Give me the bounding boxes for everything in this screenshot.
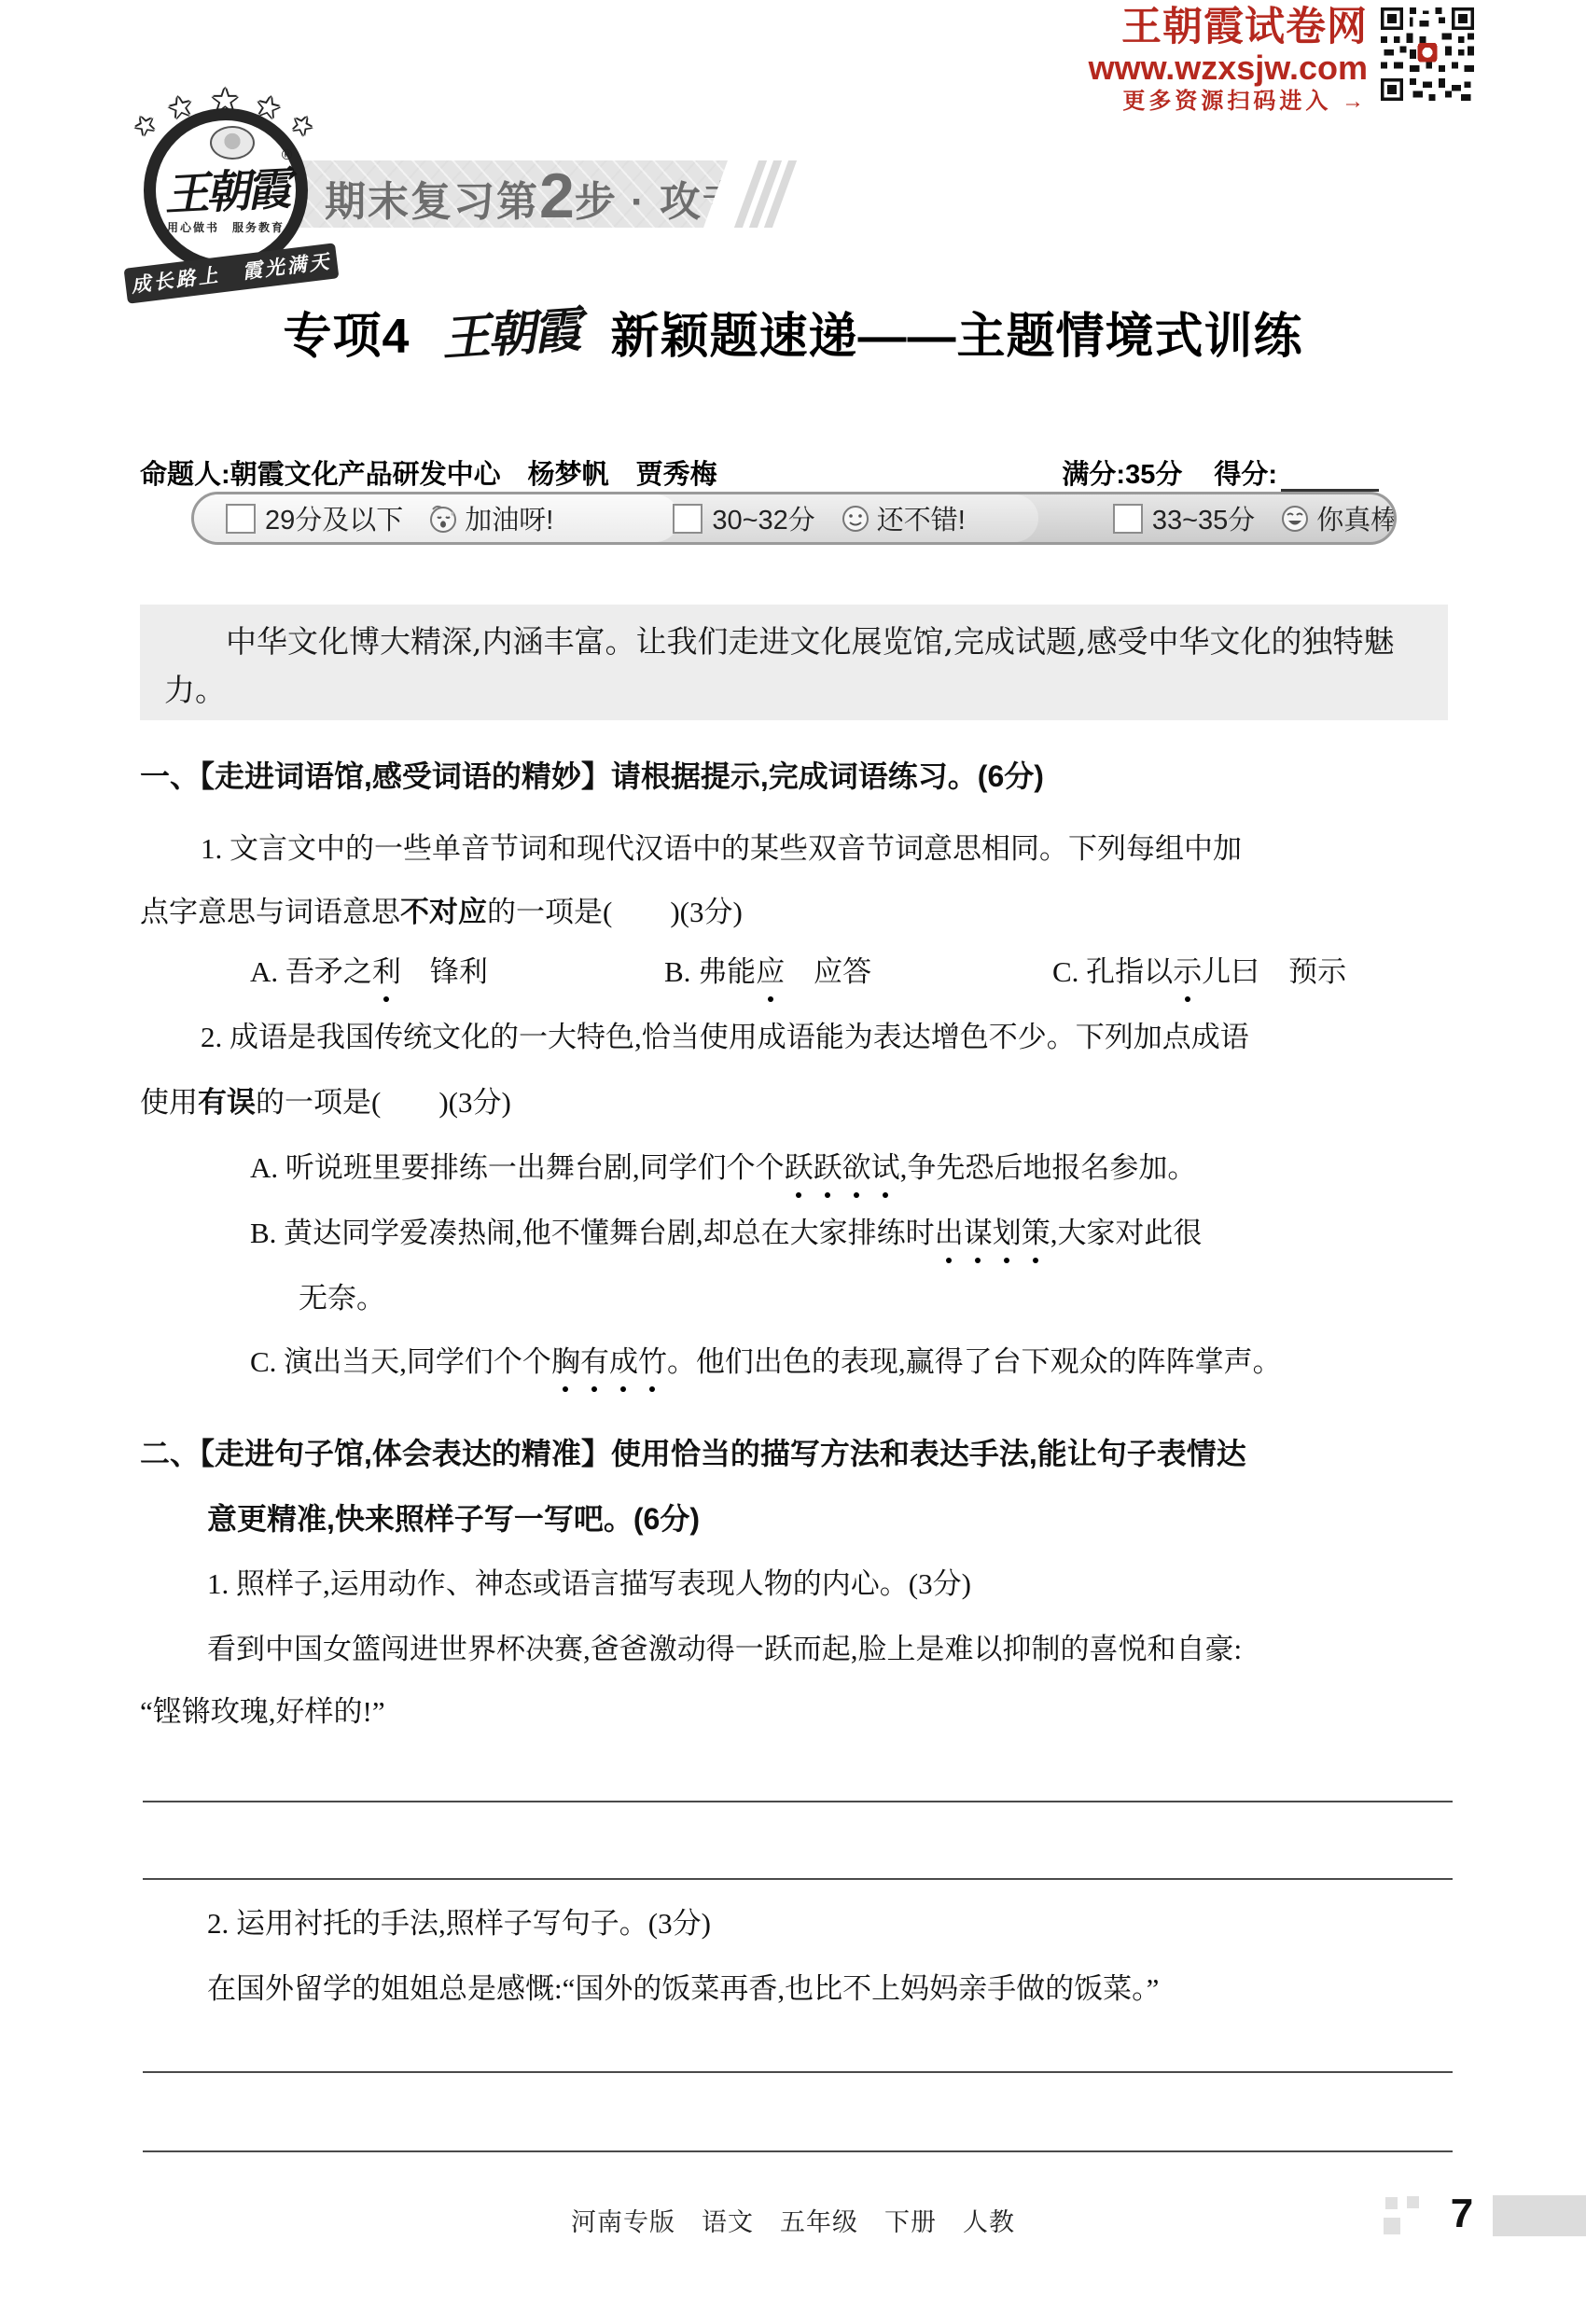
- examiner-line: 命题人:朝霞文化产品研发中心 杨梦帆 贾秀梅: [140, 453, 717, 492]
- chapter-banner: 期末复习第2步 · 攻专项: [291, 160, 728, 228]
- badge-brand-name: 王朝霞: [154, 152, 297, 224]
- answer-line[interactable]: [143, 2071, 1453, 2073]
- q2-option-b-line-1: B. 黄达同学爱凑热闹,他不懂舞台剧,却总在大家排练时出谋划策,大家对此很: [250, 1215, 1202, 1252]
- smile-face-icon: [840, 503, 871, 535]
- badge-subtitle: 用心做书 服务教育: [156, 219, 296, 235]
- section-2-heading-line-1: 二、【走进句子馆,体会表达的精准】使用恰当的描写方法和表达手法,能让句子表情达: [140, 1435, 1246, 1472]
- full-score-label: 满分:35分: [1062, 453, 1182, 492]
- score-range-label: 33~35分: [1152, 499, 1255, 537]
- q2-stem-line-2: 使用有误的一项是( )(3分): [140, 1084, 511, 1121]
- answer-line[interactable]: [143, 2150, 1453, 2152]
- score-range-label: 29分及以下: [265, 499, 403, 537]
- score-tier-low: 29分及以下 加油呀!: [226, 499, 553, 537]
- footer-ornament: [1407, 2196, 1419, 2208]
- answer-line[interactable]: [143, 1878, 1453, 1880]
- score-tier-high: 33~35分 你真棒!: [1113, 499, 1397, 537]
- q2-option-b-line-2: 无奈。: [299, 1280, 385, 1317]
- site-url: www.wzxsjw.com: [1089, 51, 1368, 85]
- score-label: 得分:: [1214, 453, 1277, 492]
- q1-option-a: A. 吾矛之利 锋利: [250, 953, 488, 991]
- star-icon: ★: [129, 108, 161, 143]
- section-1-heading: 一、【走进词语馆,感受词语的精妙】请根据提示,完成词语练习。(6分): [140, 758, 1044, 795]
- footer-ornament: [1385, 2197, 1398, 2209]
- star-icon: ★: [285, 108, 318, 143]
- s2-q2-example: 在国外留学的姐姐总是感慨:“国外的饭菜再香,也比不上妈妈亲手做的饭菜。”: [207, 1970, 1159, 2008]
- q2-option-c: C. 演出当天,同学们个个胸有成竹。他们出色的表现,赢得了台下观众的阵阵掌声。: [250, 1343, 1282, 1381]
- title-brand-script: 王朝霞: [439, 290, 581, 369]
- s2-q1-stem: 1. 照样子,运用动作、神态或语言描写表现人物的内心。(3分): [207, 1566, 971, 1603]
- checkbox-high-tier[interactable]: [1113, 504, 1143, 534]
- qr-code: [1381, 7, 1474, 101]
- site-tagline: 更多资源扫码进入 →: [1089, 90, 1368, 113]
- footer-bar: [1493, 2195, 1586, 2236]
- footer-ornament: [1384, 2218, 1400, 2234]
- s2-q1-example-line-1: 看到中国女篮闯进世界杯决赛,爸爸激动得一跃而起,脸上是难以抑制的喜悦和自豪:: [207, 1631, 1242, 1668]
- score-blank-field[interactable]: [1281, 461, 1379, 492]
- score-comment: 加油呀!: [465, 499, 553, 537]
- q2-stem-line-1: 2. 成语是我国传统文化的一大特色,恰当使用成语能为表达增色不少。下列加点成语: [201, 1019, 1249, 1056]
- sweat-face-icon: [427, 503, 459, 535]
- q1-option-c: C. 孔指以示儿曰 预示: [1052, 953, 1346, 991]
- section-2-heading-line-2: 意更精准,快来照样子写一写吧。(6分): [207, 1500, 700, 1538]
- score-band: 29分及以下 加油呀! 30~32分: [191, 492, 1397, 545]
- score-comment: 你真棒!: [1316, 499, 1397, 537]
- q1-stem-line-2: 点字意思与词语意思不对应的一项是( )(3分): [140, 894, 743, 931]
- badge-circle: 王朝霞 ® 用心做书 服务教育: [144, 108, 308, 272]
- site-brand: 王朝霞试卷网: [1089, 7, 1368, 48]
- laugh-face-icon: [1279, 503, 1311, 535]
- title-main-text: 新颖题速递——主题情境式训练: [610, 297, 1302, 367]
- score-range-label: 30~32分: [712, 499, 814, 537]
- score-comment: 还不错!: [877, 499, 966, 537]
- footer-edition: 河南专版 语文 五年级 下册 人教: [0, 2202, 1586, 2238]
- answer-line[interactable]: [143, 1801, 1453, 1802]
- banner-step-number: 2: [539, 160, 575, 231]
- checkbox-low-tier[interactable]: [226, 504, 256, 534]
- title-unit-label: 专项4: [284, 297, 410, 367]
- score-tier-mid: 30~32分 还不错!: [673, 499, 966, 537]
- brand-badge: ★ ★ ★ ★ ★ 王朝霞 ® 用心做书 服务教育 成长路上 霞光满天: [129, 80, 332, 304]
- q1-stem-line-1: 1. 文言文中的一些单音节词和现代汉语中的某些双音节词意思相同。下列每组中加: [201, 830, 1242, 868]
- page-title: 专项4 王朝霞 新颖题速递——主题情境式训练: [0, 297, 1586, 367]
- q2-option-a: A. 听说班里要排练一出舞台剧,同学们个个跃跃欲试,争先恐后地报名参加。: [250, 1149, 1196, 1187]
- banner-prefix: 期末复习第: [325, 179, 539, 225]
- s2-q2-stem: 2. 运用衬托的手法,照样子写句子。(3分): [207, 1905, 711, 1942]
- checkbox-mid-tier[interactable]: [673, 504, 703, 534]
- s2-q1-example-line-2: “铿锵玫瑰,好样的!”: [140, 1693, 385, 1731]
- q1-option-b: B. 弗能应 应答: [664, 953, 871, 991]
- registered-mark: ®: [280, 146, 294, 163]
- score-meta: 满分:35分 得分:: [1062, 453, 1379, 492]
- site-header: 王朝霞试卷网 www.wzxsjw.com 更多资源扫码进入 →: [1082, 7, 1474, 113]
- exam-page: 王朝霞试卷网 www.wzxsjw.com 更多资源扫码进入 →: [0, 0, 1586, 2324]
- theme-intro-box: 中华文化博大精深,内涵丰富。让我们走进文化展览馆,完成试题,感受中华文化的独特魅…: [140, 605, 1448, 720]
- page-number: 7: [1431, 2191, 1493, 2237]
